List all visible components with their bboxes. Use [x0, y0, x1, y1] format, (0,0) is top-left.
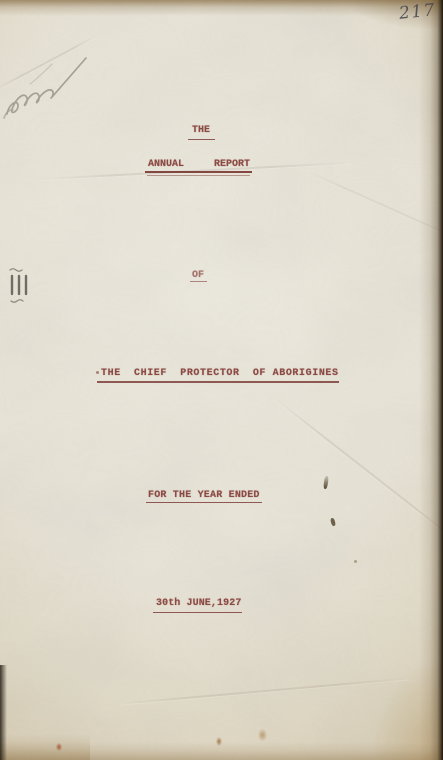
page-left-edge-shadow: [0, 665, 7, 760]
bottom-left-corner-shading: [0, 734, 90, 760]
title-line-year-ended: FOR THE YEAR ENDED: [148, 491, 260, 501]
handwritten-page-number: 217: [398, 0, 437, 24]
underline: [145, 171, 252, 173]
paper-crease: [274, 398, 443, 544]
foxing-spot: [258, 729, 267, 741]
bottom-right-corner-stain: [373, 660, 443, 760]
paper-crease: [0, 35, 97, 91]
paper-crease: [120, 677, 409, 704]
stamp-mark-111: [7, 265, 33, 307]
title-line-annual-report: ANNUAL REPORT: [148, 160, 250, 170]
title-line-the: THE: [192, 126, 210, 136]
foxing-spot: [56, 743, 62, 751]
underline: [190, 281, 207, 282]
title-line-date: 30th JUNE,1927: [156, 599, 241, 609]
paper-speck: [96, 371, 99, 374]
paper-crease: [307, 171, 443, 242]
paper-speck: [330, 518, 336, 527]
underline: [188, 139, 215, 140]
page-bottom-edge-shading: [0, 742, 443, 760]
underline: [147, 175, 250, 176]
pencil-scrawl-annotation: [0, 50, 96, 122]
underline: [153, 612, 242, 613]
page-right-edge-shadow: [419, 0, 443, 760]
page-top-edge-shading: [0, 0, 443, 16]
paper-speck: [323, 476, 329, 489]
paper-texture-overlay: [0, 0, 443, 760]
paper-speck: [354, 560, 357, 563]
title-line-of: OF: [192, 271, 204, 281]
underline: [97, 381, 339, 383]
foxing-spot: [216, 737, 222, 746]
scanned-document-page: 217 THE ANNUAL REPORT OF THE CHIEF PROTE…: [0, 0, 443, 760]
title-line-chief-protector: THE CHIEF PROTECTOR OF ABORIGINES: [101, 369, 339, 379]
underline: [146, 502, 262, 503]
